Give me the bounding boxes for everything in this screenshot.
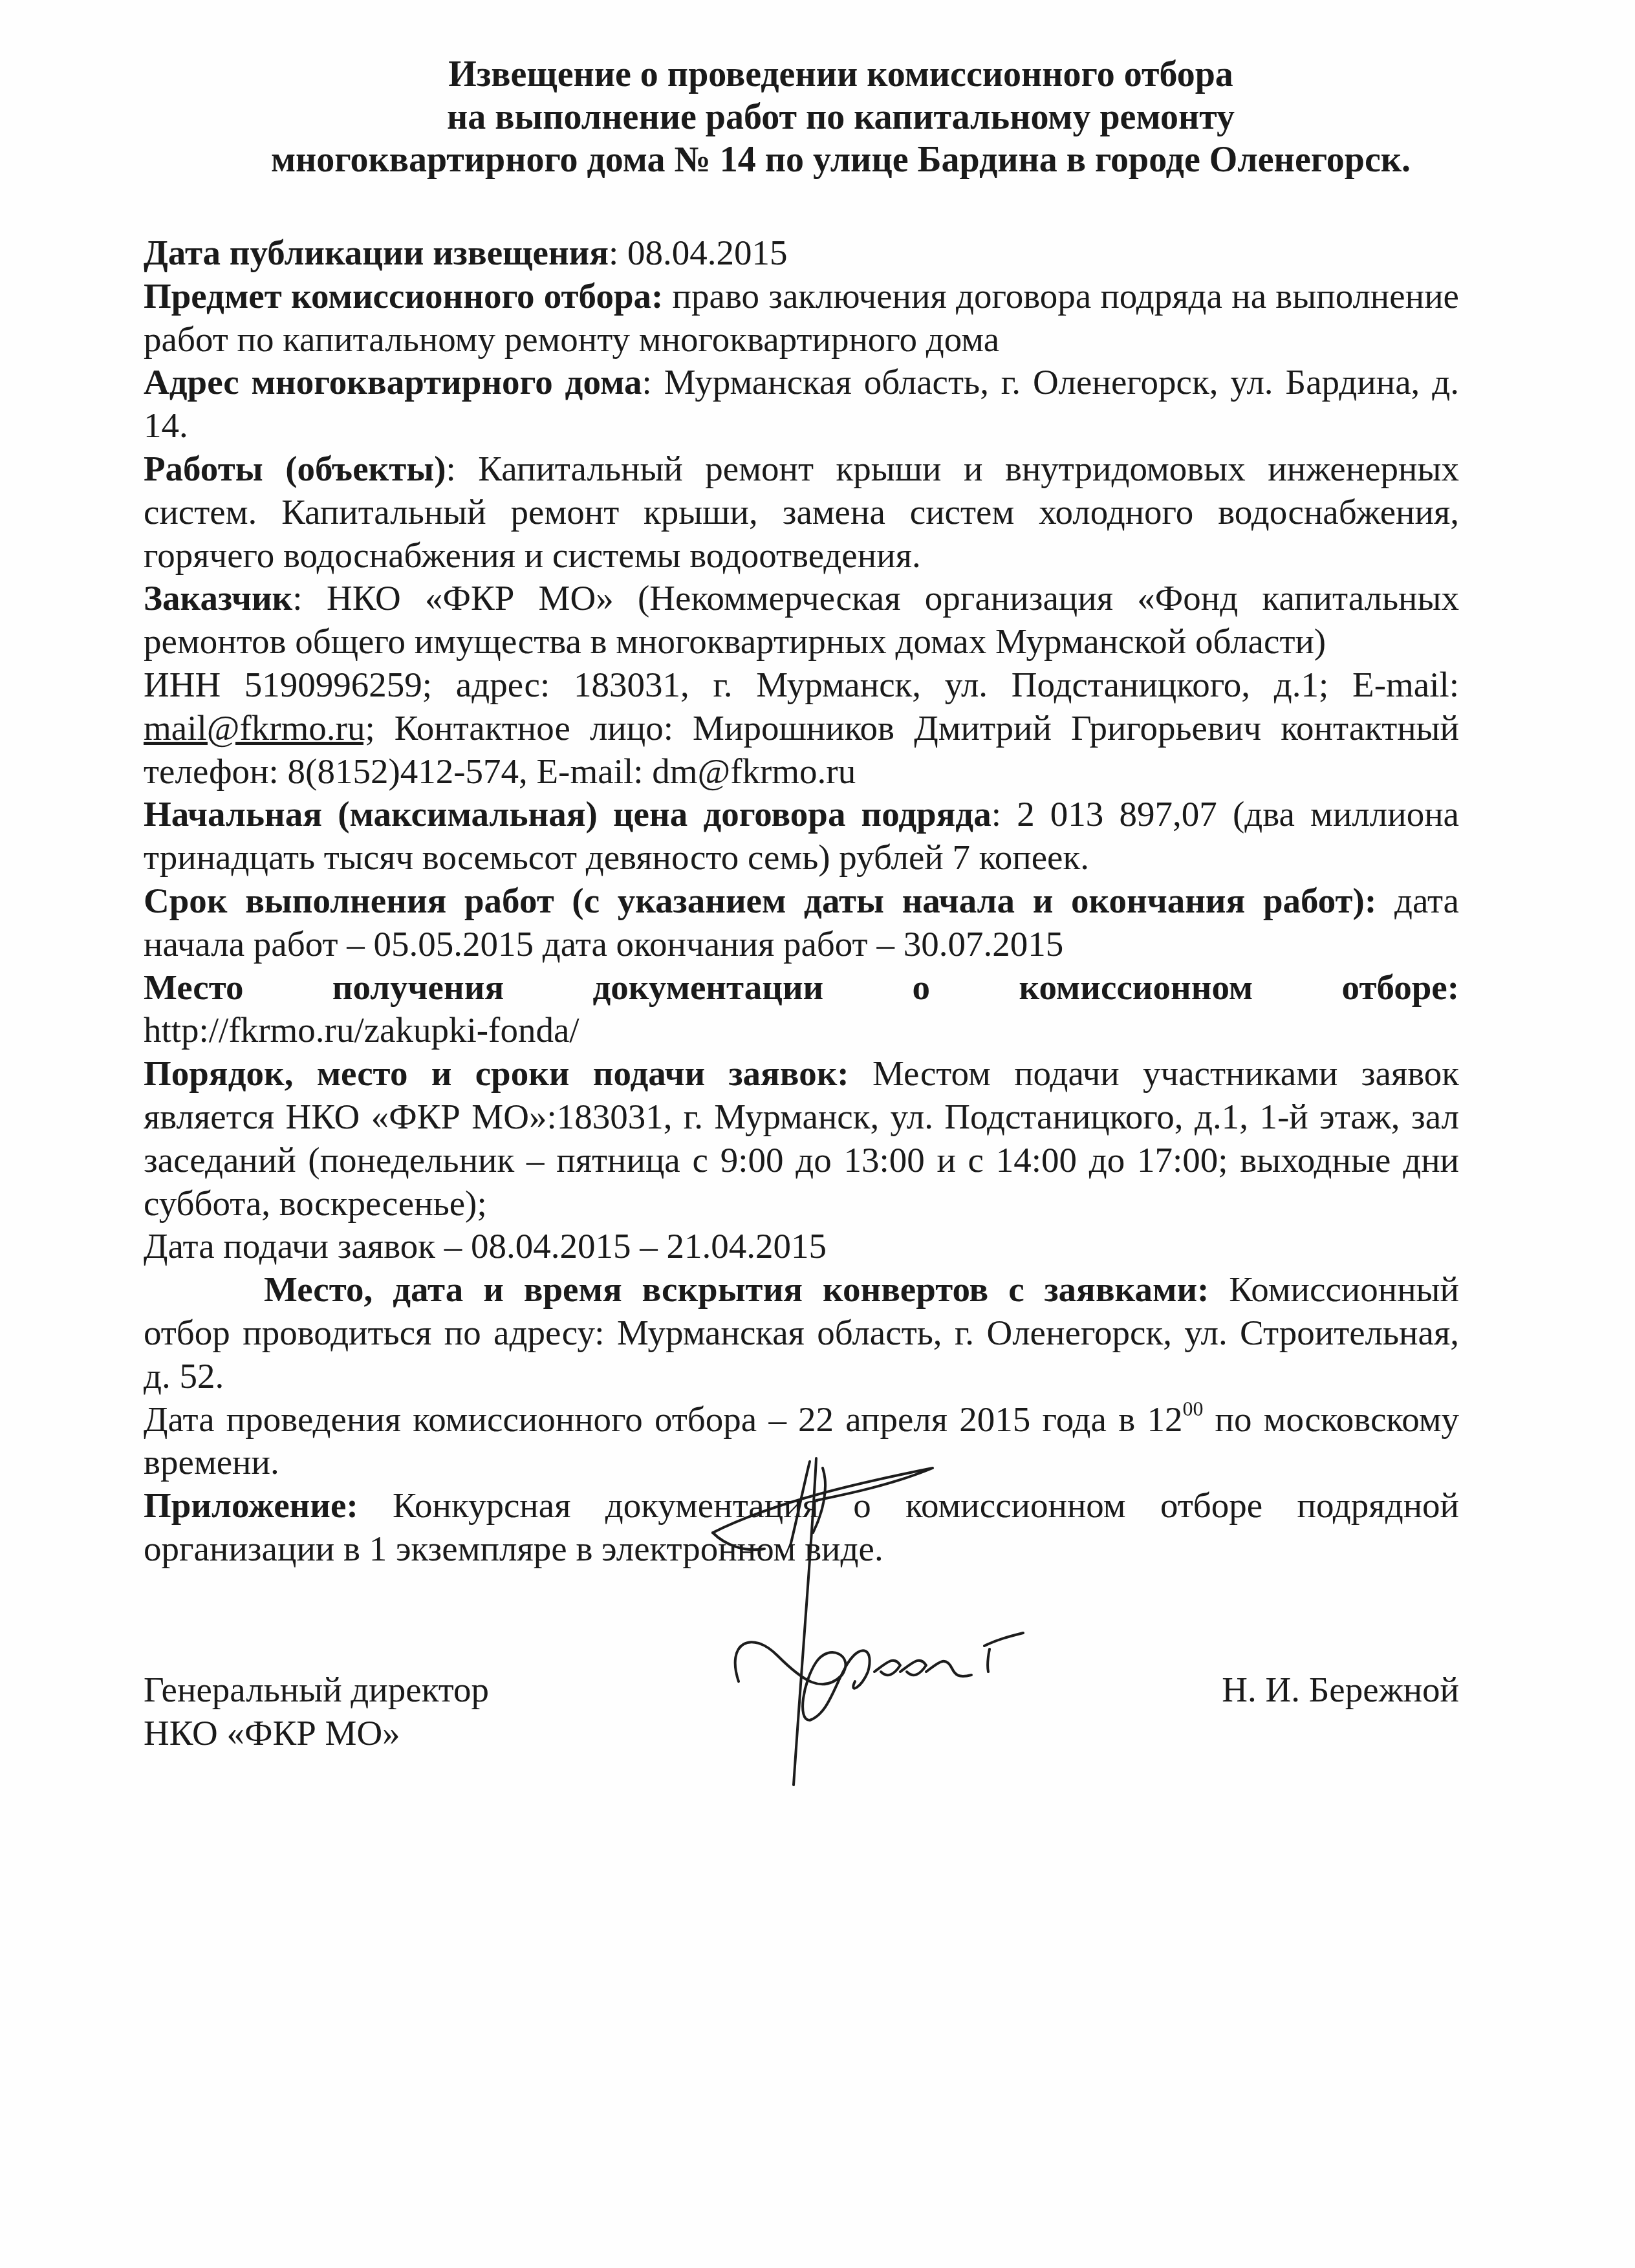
field-label: Порядок, место и сроки подачи заявок:	[144, 1053, 849, 1093]
docs-url[interactable]: http://fkrmo.ru/zakupki-fonda/	[144, 1010, 579, 1050]
field-docs-place-value: http://fkrmo.ru/zakupki-fonda/	[144, 1009, 1459, 1052]
field-submission: Порядок, место и сроки подачи заявок: Ме…	[144, 1052, 1459, 1225]
field-customer: Заказчик: НКО «ФКР МО» (Некоммерческая о…	[144, 577, 1459, 664]
customer-details: ИНН 5190996259; адрес: 183031, г. Мурман…	[144, 664, 1459, 793]
submission-dates: Дата подачи заявок – 08.04.2015 – 21.04.…	[144, 1225, 1459, 1268]
field-label: Срок выполнения работ (с указанием даты …	[144, 881, 1376, 920]
field-publication-date: Дата публикации извещения: 08.04.2015	[144, 232, 1459, 275]
signature-block: Генеральный директор НКО «ФКР МО» Н. И. …	[144, 1669, 1459, 1863]
document-page: Извещение о проведении комиссионного отб…	[0, 0, 1635, 2268]
field-subject: Предмет комиссионного отбора: право закл…	[144, 275, 1459, 362]
field-opening: Место, дата и время вскрытия конвертов с…	[144, 1268, 1459, 1398]
field-label: Предмет комиссионного отбора:	[144, 276, 663, 316]
field-label: Место, дата и время вскрытия конвертов с…	[264, 1269, 1209, 1309]
field-label: Дата публикации извещения	[144, 233, 609, 272]
field-value: НКО «ФКР МО» (Некоммерческая организация…	[144, 578, 1459, 661]
field-term: Срок выполнения работ (с указанием даты …	[144, 880, 1459, 966]
field-label: Начальная (максимальная) цена договора п…	[144, 794, 991, 834]
customer-email-link[interactable]: mail@fkrmo.ru;	[144, 708, 375, 748]
field-docs-place-label: Место получения документации о комиссион…	[144, 966, 1459, 1010]
field-label: Место получения документации о комиссион…	[144, 967, 1459, 1007]
field-price: Начальная (максимальная) цена договора п…	[144, 793, 1459, 880]
field-value: 08.04.2015	[627, 233, 788, 272]
field-label: Адрес многоквартирного дома	[144, 362, 642, 402]
field-address: Адрес многоквартирного дома: Мурманская …	[144, 361, 1459, 448]
field-works: Работы (объекты): Капитальный ремонт кры…	[144, 448, 1459, 577]
signatory-position: Генеральный директор НКО «ФКР МО»	[144, 1669, 489, 1755]
document-title: Извещение о проведении комиссионного отб…	[226, 53, 1455, 181]
title-line-1: Извещение о проведении комиссионного отб…	[226, 53, 1455, 96]
signatory-name: Н. И. Бережной	[1222, 1669, 1459, 1712]
title-line-2: на выполнение работ по капитальному ремо…	[226, 96, 1455, 138]
field-label: Приложение:	[144, 1485, 358, 1525]
title-line-3: многоквартирного дома № 14 по улице Бард…	[226, 138, 1455, 181]
field-label: Работы (объекты)	[144, 449, 446, 488]
handwritten-signature-icon	[700, 1449, 1165, 1798]
document-body: Дата публикации извещения: 08.04.2015 Пр…	[144, 232, 1459, 1571]
field-label: Заказчик	[144, 578, 292, 618]
